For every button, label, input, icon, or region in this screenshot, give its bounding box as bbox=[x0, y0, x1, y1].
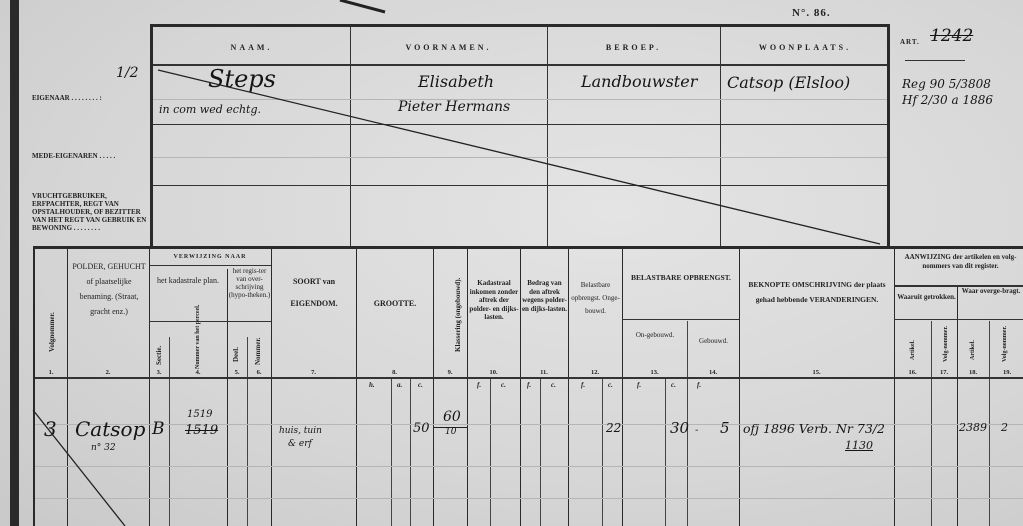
col-number: 17. bbox=[931, 369, 957, 376]
header-belastbare-opbrengst: Belastbare opbrengst. Onge-bouwd. bbox=[569, 279, 622, 318]
cell-grootte-c: 50 bbox=[413, 421, 430, 436]
header-register: het regis-ter van over-schrijving (hypo-… bbox=[228, 267, 271, 299]
header-omschrijving: BEKNOPTE OMSCHRIJVING der plaats gehad h… bbox=[741, 277, 893, 307]
unit-a: a. bbox=[397, 381, 402, 389]
col-number: 1. bbox=[35, 369, 67, 376]
col-divider bbox=[149, 249, 150, 526]
header-polder-label: POLDER, GEHUCHT of plaatselijke benaming… bbox=[72, 262, 145, 316]
col-divider bbox=[433, 249, 434, 526]
col-number: 9. bbox=[433, 369, 467, 376]
cell-volgnommer-19: 2 bbox=[1001, 421, 1008, 434]
sub-rule bbox=[894, 319, 1023, 320]
col-divider bbox=[894, 249, 895, 526]
header-artikel-18: Artikel. bbox=[970, 328, 976, 360]
beroep-value: Landbouwster bbox=[581, 72, 697, 91]
parcel-table: Volgnommer. POLDER, GEHUCHT of plaatseli… bbox=[33, 246, 1023, 526]
col-number: 16. bbox=[894, 369, 931, 376]
col-number: 10. bbox=[467, 369, 520, 376]
unit-f: f. bbox=[581, 381, 585, 389]
header-nummer-perceel: Nummer van het perceel. bbox=[195, 323, 201, 369]
col-divider bbox=[622, 249, 623, 526]
col-number: 7. bbox=[271, 369, 356, 376]
header-naam: NAAM. bbox=[153, 43, 350, 52]
art-label: ART. bbox=[900, 38, 920, 46]
col-number: 19. bbox=[989, 369, 1023, 376]
col-number: 14. bbox=[687, 369, 739, 376]
col-number: 2. bbox=[67, 369, 149, 376]
header-bottom-rule bbox=[35, 377, 1023, 379]
register-page: N°. 86. ART. 1242 Reg 90 5/3808 Hf 2/30 … bbox=[0, 0, 1023, 526]
row-rule bbox=[153, 124, 887, 125]
cell-col14-f: 5 bbox=[720, 419, 730, 437]
header-voornamen: VOORNAMEN. bbox=[350, 43, 547, 52]
naam-line2: in com wed echtg. bbox=[159, 103, 261, 116]
dash: - bbox=[695, 425, 698, 436]
unit-f: f. bbox=[637, 381, 641, 389]
sub-rule bbox=[149, 321, 271, 322]
sub-rule bbox=[622, 319, 739, 320]
col-divider bbox=[67, 249, 68, 526]
unit-divider bbox=[391, 379, 392, 526]
col-divider bbox=[957, 287, 958, 526]
cell-sectie: B bbox=[152, 419, 165, 439]
col-number: 8. bbox=[356, 369, 433, 376]
art-underline bbox=[905, 60, 965, 61]
col-divider bbox=[739, 249, 740, 526]
cell-klassering-top: 60 bbox=[443, 409, 461, 425]
header-grootte: GROOTTE. bbox=[357, 299, 433, 308]
cell-omschrijving: ofj 1896 Verb. Nr 73/2 bbox=[743, 421, 885, 436]
faint-line bbox=[153, 157, 887, 158]
col-divider bbox=[720, 27, 721, 246]
page-binding bbox=[10, 0, 19, 526]
unit-divider bbox=[490, 379, 491, 526]
header-woonplaats: WOONPLAATS. bbox=[720, 43, 890, 52]
unit-c: c. bbox=[418, 381, 423, 389]
col-number: 4. bbox=[169, 369, 227, 376]
unit-divider bbox=[665, 379, 666, 526]
header-kadastraal-inkomen: Kadastraal inkomen zonder aftrek der pol… bbox=[468, 279, 520, 322]
label-vruchtgebruiker: VRUCHTGEBRUIKER, ERFPACHTER, REGT VAN OP… bbox=[32, 192, 148, 232]
col-number: 18. bbox=[957, 369, 989, 376]
owner-table: NAAM. VOORNAMEN. BEROEP. WOONPLAATS. Ste… bbox=[150, 24, 890, 246]
art-note-1: Reg 90 5/3808 bbox=[902, 77, 991, 91]
col-number: 5. bbox=[227, 369, 247, 376]
header-waaruit: Waaruit getrokken. bbox=[896, 293, 957, 302]
art-note-2: Hf 2/30 a 1886 bbox=[902, 93, 993, 107]
header-volgnommer: Volgnommer. bbox=[48, 294, 56, 352]
header-bedrag-aftrek: Bedrag van den aftrek wegens polder- en … bbox=[521, 279, 568, 313]
unit-c: c. bbox=[671, 381, 676, 389]
col-divider bbox=[356, 249, 357, 526]
col-number: 11. bbox=[520, 369, 568, 376]
unit-f: f. bbox=[697, 381, 701, 389]
label-eigenaar: EIGENAAR . . . . . . . . : bbox=[32, 94, 102, 102]
group-rule bbox=[149, 265, 271, 266]
cell-artikel-18: 2389 bbox=[959, 421, 987, 434]
label-mede-eigenaren: MEDE-EIGENAREN . . . . . bbox=[32, 152, 115, 160]
cell-perceel: 1519 bbox=[185, 423, 218, 438]
header-belastbare-opbrengst-group: BELASTBARE OPBRENGST. bbox=[623, 269, 739, 286]
col-number: 12. bbox=[568, 369, 622, 376]
cell-perceel-top: 1519 bbox=[187, 409, 212, 420]
cell-klassering-bottom: 10 bbox=[445, 427, 456, 437]
row-rule bbox=[153, 185, 887, 186]
header-polder: POLDER, GEHUCHT of plaatselijke benaming… bbox=[69, 259, 149, 319]
unit-f: f. bbox=[477, 381, 481, 389]
unit-divider bbox=[410, 379, 411, 526]
ink-mark bbox=[340, 0, 385, 12]
woonplaats-value: Catsop (Elsloo) bbox=[727, 73, 850, 92]
art-value: 1242 bbox=[930, 26, 973, 46]
faint-line bbox=[35, 466, 1023, 467]
unit-c: c. bbox=[608, 381, 613, 389]
header-soort-eigendom: SOORT van EIGENDOM. bbox=[273, 271, 355, 315]
faint-line bbox=[153, 99, 887, 100]
header-deel: Deel. bbox=[232, 332, 240, 362]
header-klassering: Klassering (ongebouwd). bbox=[454, 266, 462, 352]
cell-soort-sub: & erf bbox=[288, 439, 312, 449]
header-ongebouwd: On-gebouwd. bbox=[623, 329, 687, 342]
voornamen-line2: Pieter Hermans bbox=[398, 99, 510, 115]
header-aanwijzing: AANWIJZING der artikelen en volg-nommers… bbox=[896, 253, 1023, 270]
header-nommer: Nommer. bbox=[254, 329, 262, 365]
cell-col12-c: 22 bbox=[606, 421, 621, 435]
cell-soort: huis, tuin bbox=[279, 426, 322, 436]
voornamen-value: Elisabeth bbox=[418, 72, 494, 91]
header-volgnommer-17: Volg-nommer. bbox=[943, 326, 949, 362]
fraction: 1/2 bbox=[116, 65, 139, 81]
cell-col13-c: 30 bbox=[670, 419, 689, 437]
col-divider bbox=[350, 27, 351, 246]
header-beroep: BEROEP. bbox=[547, 43, 720, 52]
unit-divider bbox=[602, 379, 603, 526]
col-number: 6. bbox=[247, 369, 271, 376]
faint-line bbox=[35, 498, 1023, 499]
header-waar: Waar overge-bragt. bbox=[958, 287, 1023, 296]
header-artikel-16: Artikel. bbox=[910, 328, 916, 360]
unit-h: h. bbox=[369, 381, 375, 389]
col-number: 3. bbox=[149, 369, 169, 376]
unit-divider bbox=[540, 379, 541, 526]
col-number: 15. bbox=[739, 369, 894, 376]
col-divider bbox=[227, 269, 228, 526]
page-number: N°. 86. bbox=[792, 7, 831, 19]
col-divider bbox=[271, 249, 272, 526]
header-sectie: Sectie. bbox=[155, 329, 163, 365]
col-number: 13. bbox=[622, 369, 687, 376]
header-gebouwd: Gebouwd. bbox=[688, 337, 739, 346]
col-divider bbox=[547, 27, 548, 246]
cell-omschrijving-sub: 1130 bbox=[845, 439, 873, 452]
naam-value: Steps bbox=[208, 65, 276, 93]
unit-c: c. bbox=[551, 381, 556, 389]
header-kadastrale-plan: het kadastrale plan. bbox=[151, 275, 225, 287]
cell-polder: Catsop bbox=[75, 417, 145, 441]
unit-c: c. bbox=[501, 381, 506, 389]
cell-polder-sub: n° 32 bbox=[91, 443, 116, 453]
header-volgnommer-19: Volg-nommer. bbox=[1002, 326, 1008, 362]
cell-volgnommer: 3 bbox=[44, 417, 57, 441]
header-verwijzing: VERWIJZING NAAR bbox=[149, 253, 271, 262]
unit-f: f. bbox=[527, 381, 531, 389]
